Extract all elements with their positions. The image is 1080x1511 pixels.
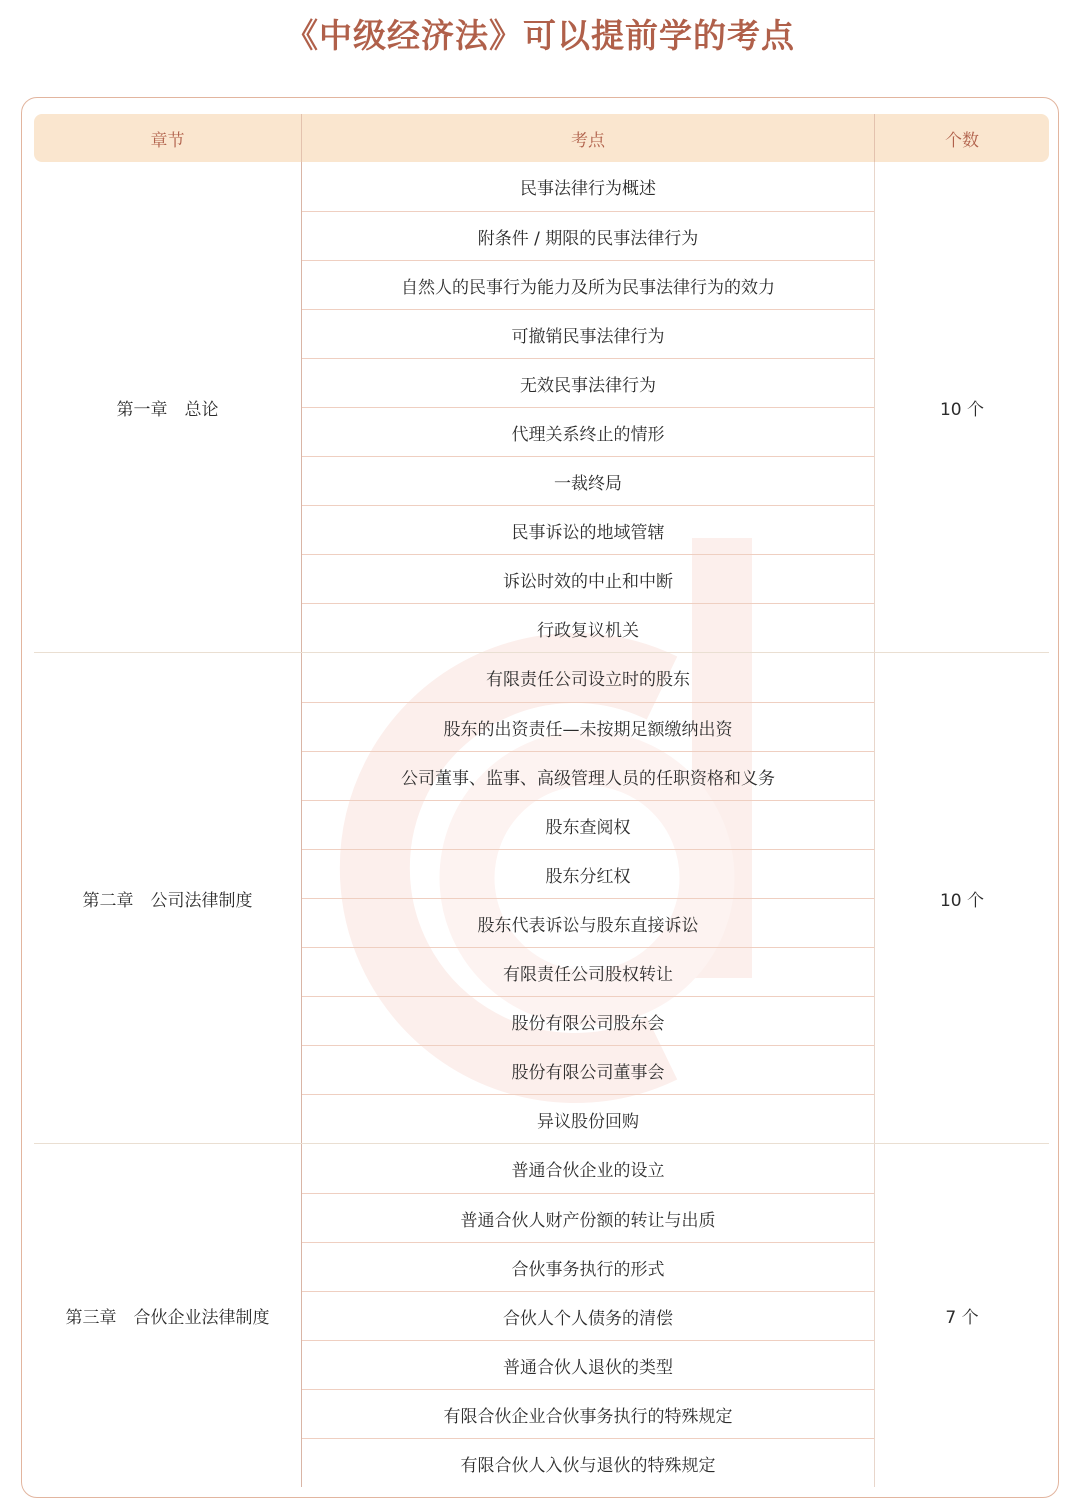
topic-item: 股东的出资责任—未按期足额缴纳出资: [302, 702, 874, 751]
table-body: 第一章 总论 民事法律行为概述 附条件 / 期限的民事法律行为 自然人的民事行为…: [34, 162, 1049, 1487]
topic-item: 异议股份回购: [302, 1094, 874, 1143]
topic-item: 诉讼时效的中止和中断: [302, 554, 874, 603]
topic-list: 民事法律行为概述 附条件 / 期限的民事法律行为 自然人的民事行为能力及所为民事…: [301, 162, 875, 652]
topic-item: 附条件 / 期限的民事法律行为: [302, 211, 874, 260]
topic-item: 股份有限公司董事会: [302, 1045, 874, 1094]
header-topic: 考点: [301, 114, 875, 162]
chapter-group-1: 第一章 总论 民事法律行为概述 附条件 / 期限的民事法律行为 自然人的民事行为…: [34, 162, 1049, 652]
topic-item: 公司董事、监事、高级管理人员的任职资格和义务: [302, 751, 874, 800]
chapter-group-2: 第二章 公司法律制度 有限责任公司设立时的股东 股东的出资责任—未按期足额缴纳出…: [34, 652, 1049, 1143]
topic-item: 股东代表诉讼与股东直接诉讼: [302, 898, 874, 947]
topic-item: 股东分红权: [302, 849, 874, 898]
topic-item: 有限合伙企业合伙事务执行的特殊规定: [302, 1389, 874, 1438]
topic-item: 合伙人个人债务的清偿: [302, 1291, 874, 1340]
topic-item: 合伙事务执行的形式: [302, 1242, 874, 1291]
topic-item: 有限责任公司股权转让: [302, 947, 874, 996]
topic-item: 普通合伙人财产份额的转让与出质: [302, 1193, 874, 1242]
chapter-name: 第三章 合伙企业法律制度: [34, 1144, 301, 1487]
header-chapter: 章节: [34, 114, 301, 162]
topics-table-card: 章节 考点 个数 第一章 总论 民事法律行为概述 附条件 / 期限的民事法律行为…: [21, 97, 1059, 1498]
topic-item: 普通合伙人退伙的类型: [302, 1340, 874, 1389]
topic-item: 无效民事法律行为: [302, 358, 874, 407]
topic-item: 股东查阅权: [302, 800, 874, 849]
chapter-name: 第一章 总论: [34, 162, 301, 652]
chapter-name: 第二章 公司法律制度: [34, 653, 301, 1143]
topic-item: 代理关系终止的情形: [302, 407, 874, 456]
topic-item: 民事法律行为概述: [302, 162, 874, 211]
chapter-count: 10 个: [875, 653, 1049, 1143]
topic-item: 民事诉讼的地域管辖: [302, 505, 874, 554]
topic-item: 一裁终局: [302, 456, 874, 505]
header-count: 个数: [875, 114, 1049, 162]
topic-item: 可撤销民事法律行为: [302, 309, 874, 358]
topic-list: 普通合伙企业的设立 普通合伙人财产份额的转让与出质 合伙事务执行的形式 合伙人个…: [301, 1144, 875, 1487]
chapter-count: 7 个: [875, 1144, 1049, 1487]
topic-item: 自然人的民事行为能力及所为民事法律行为的效力: [302, 260, 874, 309]
topic-list: 有限责任公司设立时的股东 股东的出资责任—未按期足额缴纳出资 公司董事、监事、高…: [301, 653, 875, 1143]
topic-item: 有限合伙人入伙与退伙的特殊规定: [302, 1438, 874, 1487]
topic-item: 普通合伙企业的设立: [302, 1144, 874, 1193]
chapter-group-3: 第三章 合伙企业法律制度 普通合伙企业的设立 普通合伙人财产份额的转让与出质 合…: [34, 1143, 1049, 1487]
chapter-count: 10 个: [875, 162, 1049, 652]
topic-item: 有限责任公司设立时的股东: [302, 653, 874, 702]
page-title: 《中级经济法》可以提前学的考点: [0, 12, 1080, 60]
topic-item: 股份有限公司股东会: [302, 996, 874, 1045]
topic-item: 行政复议机关: [302, 603, 874, 652]
table-header: 章节 考点 个数: [34, 114, 1049, 162]
